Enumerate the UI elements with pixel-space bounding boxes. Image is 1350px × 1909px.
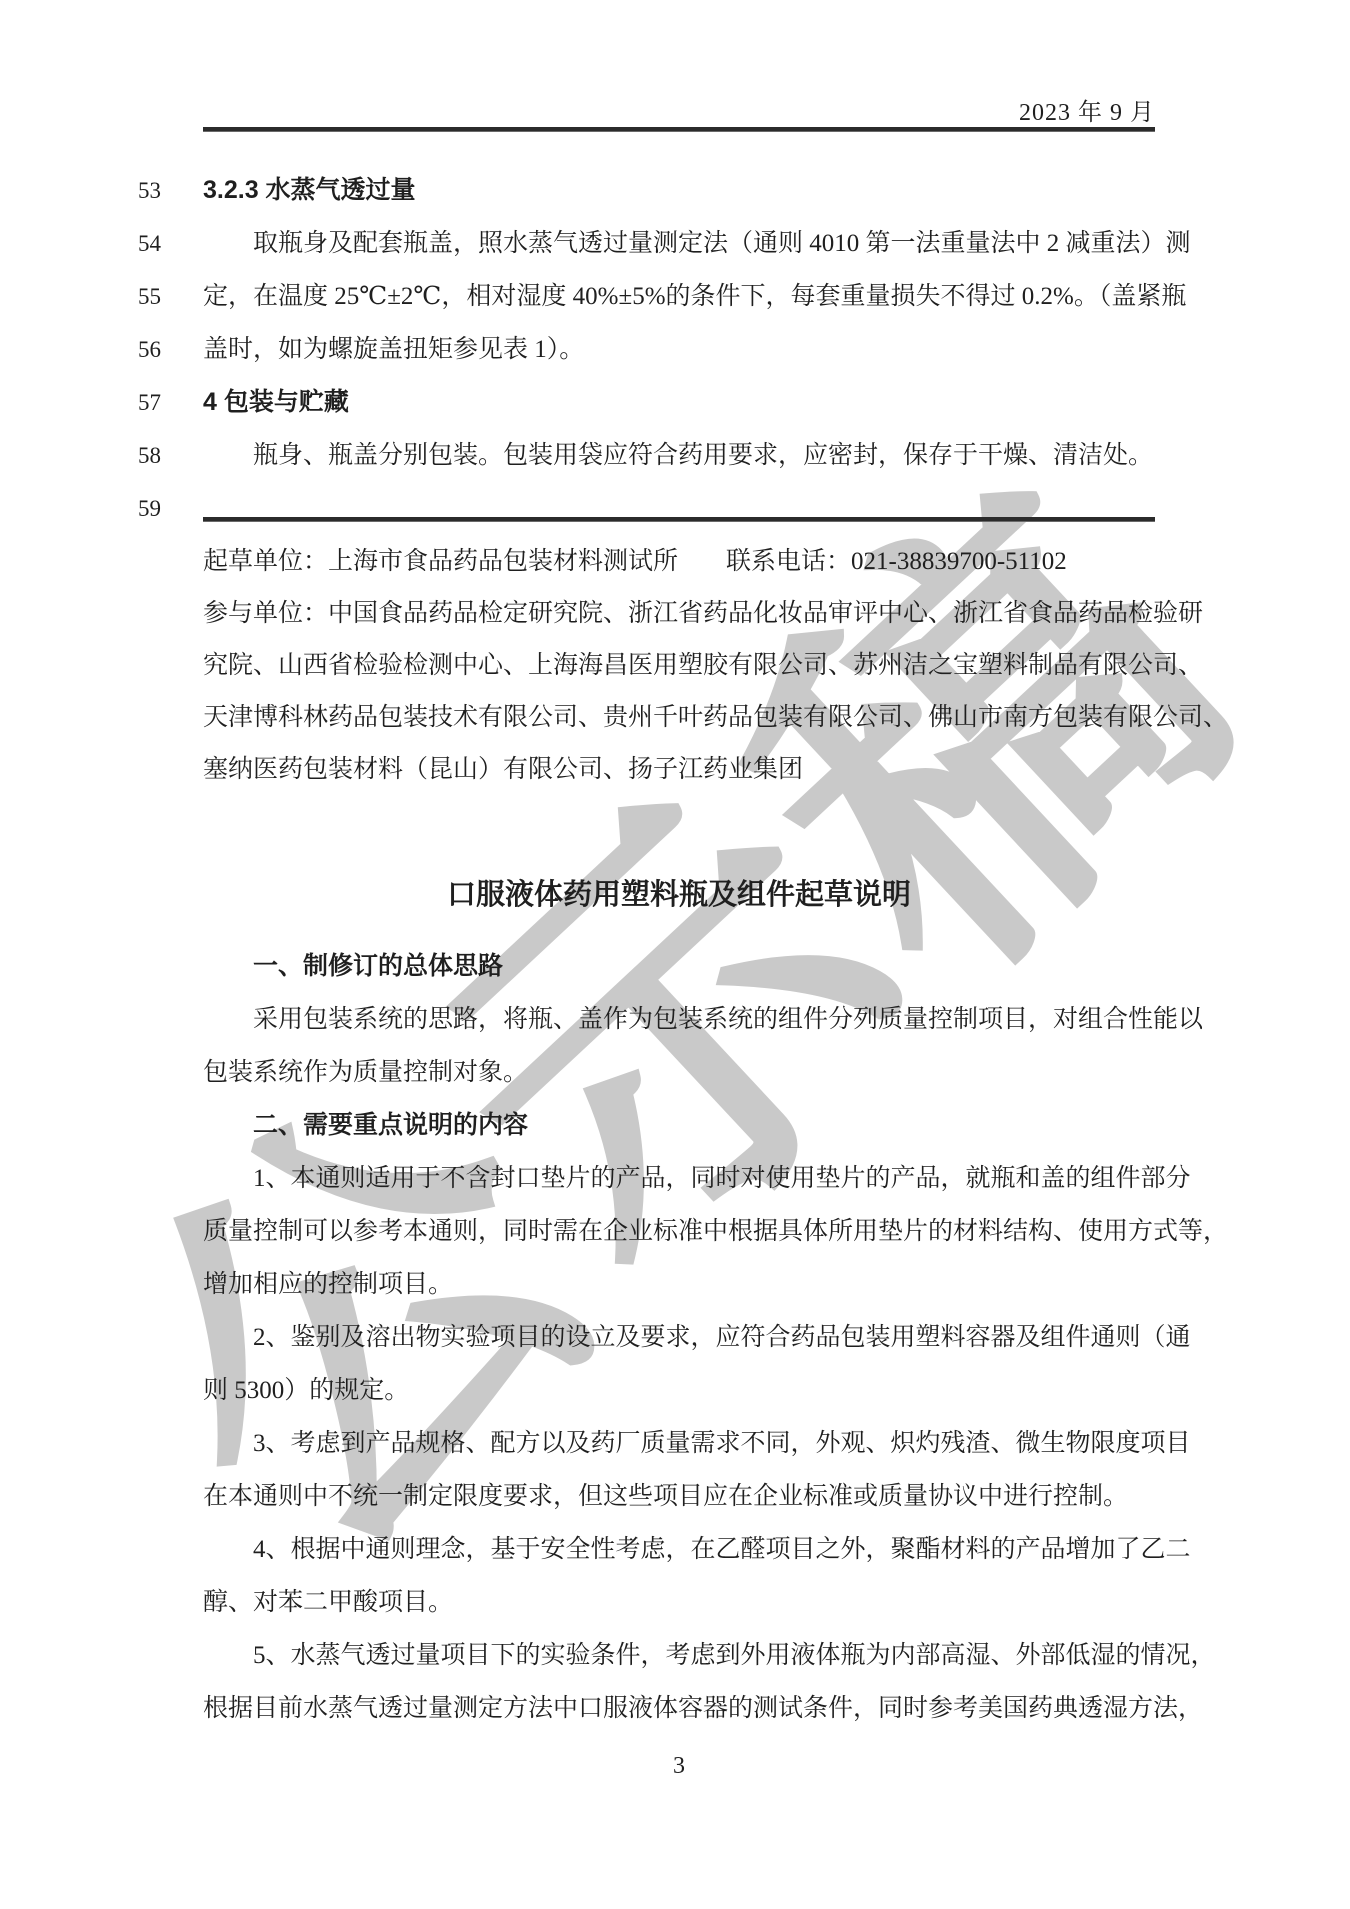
participants-line: 究院、山西省检验检测中心、上海海昌医用塑胶有限公司、苏州洁之宝塑料制品有限公司、 (203, 640, 1155, 692)
explanation-title: 口服液体药用塑料瓶及组件起草说明 (203, 872, 1155, 918)
line-number: 56 (138, 323, 203, 376)
drafting-org-row: 起草单位：上海市食品药品包装材料测试所 联系电话：021-38839700-51… (203, 536, 1155, 588)
page-number: 3 (203, 1740, 1155, 1792)
participants-line: 天津博科林药品包装技术有限公司、贵州千叶药品包装有限公司、佛山市南方包装有限公司… (203, 692, 1155, 744)
page-content: 2023 年 9 月 53 3.2.3 水蒸气透过量 54 取瓶身及配套瓶盖，照… (0, 0, 1350, 1909)
section-heading-1: 一、制修订的总体思路 (203, 940, 1155, 993)
body-line: 质量控制可以参考本通则，同时需在企业标准中根据具体所用垫片的材料结构、使用方式等… (203, 1205, 1155, 1258)
line-number: 55 (138, 270, 203, 323)
body-line: 取瓶身及配套瓶盖，照水蒸气透过量测定法（通则 4010 第一法重量法中 2 减重… (203, 217, 1191, 270)
participants-line: 参与单位：中国食品药品检定研究院、浙江省药品化妆品审评中心、浙江省食品药品检验研 (203, 588, 1155, 640)
header-rule (203, 127, 1155, 132)
body-line: 包装系统作为质量控制对象。 (203, 1046, 1155, 1099)
body-line: 采用包装系统的思路，将瓶、盖作为包装系统的组件分列质量控制项目，对组合性能以 (203, 993, 1155, 1046)
section-heading-2: 二、需要重点说明的内容 (203, 1099, 1155, 1152)
drafting-org: 起草单位：上海市食品药品包装材料测试所 (203, 536, 678, 588)
doc-line-56: 56 盖时，如为螺旋盖扭矩参见表 1）。 (138, 323, 1155, 376)
contact-phone: 联系电话：021-38839700-51102 (726, 536, 1067, 588)
document-page: 公示稿 2023 年 9 月 53 3.2.3 水蒸气透过量 54 取瓶身及配套… (0, 0, 1350, 1909)
body-line (203, 482, 1155, 535)
heading-water-vapor: 3.2.3 水蒸气透过量 (203, 164, 1155, 217)
doc-line-55: 55 定，在温度 25℃±2℃，相对湿度 40%±5%的条件下，每套重量损失不得… (138, 270, 1155, 323)
doc-line-53: 53 3.2.3 水蒸气透过量 (138, 164, 1155, 217)
drafting-info-block: 起草单位：上海市食品药品包装材料测试所 联系电话：021-38839700-51… (203, 536, 1155, 796)
explanation-block: 一、制修订的总体思路 采用包装系统的思路，将瓶、盖作为包装系统的组件分列质量控制… (203, 940, 1155, 1735)
header-date: 2023 年 9 月 (203, 92, 1155, 127)
doc-line-57: 57 4 包装与贮藏 (138, 376, 1155, 429)
participants-line: 塞纳医药包装材料（昆山）有限公司、扬子江药业集团 (203, 744, 1155, 796)
section-divider-rule (203, 517, 1155, 522)
body-line: 4、根据中通则理念，基于安全性考虑，在乙醛项目之外，聚酯材料的产品增加了乙二 (203, 1523, 1155, 1576)
line-number: 59 (138, 482, 203, 535)
body-line: 盖时，如为螺旋盖扭矩参见表 1）。 (203, 323, 1155, 376)
body-line: 3、考虑到产品规格、配方以及药厂质量需求不同，外观、炽灼残渣、微生物限度项目 (203, 1417, 1155, 1470)
body-line: 则 5300）的规定。 (203, 1364, 1155, 1417)
doc-line-58: 58 瓶身、瓶盖分别包装。包装用袋应符合药用要求，应密封，保存于干燥、清洁处。 (138, 429, 1155, 482)
body-line: 2、鉴别及溶出物实验项目的设立及要求，应符合药品包装用塑料容器及组件通则（通 (203, 1311, 1155, 1364)
heading-packaging-storage: 4 包装与贮藏 (203, 376, 1155, 429)
doc-line-59: 59 (138, 482, 1155, 535)
body-line: 醇、对苯二甲酸项目。 (203, 1576, 1155, 1629)
line-number: 58 (138, 429, 203, 482)
line-number: 53 (138, 164, 203, 217)
body-line: 5、水蒸气透过量项目下的实验条件，考虑到外用液体瓶为内部高湿、外部低湿的情况， (203, 1629, 1155, 1682)
numbered-lines-block: 53 3.2.3 水蒸气透过量 54 取瓶身及配套瓶盖，照水蒸气透过量测定法（通… (138, 164, 1155, 535)
line-number: 54 (138, 217, 203, 270)
line-number: 57 (138, 376, 203, 429)
body-line: 增加相应的控制项目。 (203, 1258, 1155, 1311)
body-line: 在本通则中不统一制定限度要求，但这些项目应在企业标准或质量协议中进行控制。 (203, 1470, 1155, 1523)
doc-line-54: 54 取瓶身及配套瓶盖，照水蒸气透过量测定法（通则 4010 第一法重量法中 2… (138, 217, 1155, 270)
body-line: 根据目前水蒸气透过量测定方法中口服液体容器的测试条件，同时参考美国药典透湿方法， (203, 1682, 1155, 1735)
body-line: 瓶身、瓶盖分别包装。包装用袋应符合药用要求，应密封，保存于干燥、清洁处。 (203, 429, 1155, 482)
body-line: 1、本通则适用于不含封口垫片的产品，同时对使用垫片的产品，就瓶和盖的组件部分 (203, 1152, 1155, 1205)
body-line: 定，在温度 25℃±2℃，相对湿度 40%±5%的条件下，每套重量损失不得过 0… (203, 270, 1186, 323)
